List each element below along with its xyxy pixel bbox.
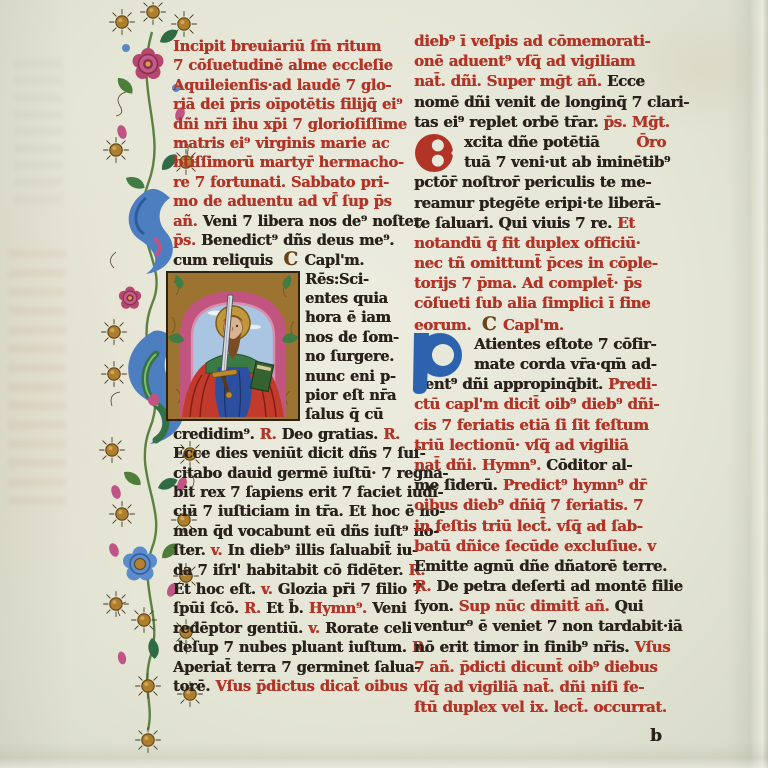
text-segment: entes quia [305,289,388,308]
text-line: te ſaluari. Qui viuis 7 re. Et [414,213,666,233]
text-line: 7 añ. p̄dicti dicunt̄ oib⁹ diebus [414,657,666,677]
text-segment: In dieb⁹ illis ſaluabit̄ iu- [228,541,418,560]
text-line: nos de ſom- [305,328,413,347]
historiated-initial-miniature [166,271,300,421]
text-segment: deſup 7 nubes pluant iuſtum. [173,638,412,657]
text-segment: tuā 7 veni·ut ab iminētib⁹ [464,152,670,172]
text-segment: mate corda vr̄a·qm̄ ad- [474,354,656,374]
text-segment: Atientes eſtote 7 cōfir- [474,334,656,354]
text-segment: Glozia pr̄i 7 filio 7 [278,580,422,599]
text-line: ſyon. Sup nūc dimitt̄ añ. Qui [414,596,666,616]
text-segment: credidim⁹. [173,425,260,444]
text-segment: Aperiat̄ terra 7 germinet ſalua- [173,658,420,677]
text-line: torē. Vſus p̄dictus dicat̄ oibus [173,677,413,696]
text-segment: Veni [372,599,406,618]
text-segment: Aquileienſis·ad laudē 7 glo- [173,76,391,95]
text-segment: R. [244,599,266,618]
text-segment: hora ē iam [305,308,391,327]
text-line: ſpūi ſcō. R. Et b̄. Hymn⁹. Veni [173,599,413,618]
text-segment: nunc eni p- [305,367,395,386]
text-segment: nomē dñi venit de longinq̄ 7 clari- [414,92,689,112]
text-segment: re 7 fortunati. Sabbato pri- [173,173,389,192]
text-segment: 7 añ. p̄dicti dicunt̄ oib⁹ diebus [414,657,657,677]
text-line: ventur⁹ ē veniet 7 non tardabit·iā [414,616,666,636]
text-segment: oibus dieb⁹ dñiq̄ 7 feriatis. 7 [414,495,643,515]
text-line: ſter. v. In dieb⁹ illis ſaluabit̄ iu- [173,541,413,560]
text-segment: cum reliquis [173,251,283,270]
text-line: no ſurgere. [305,347,413,366]
text-line: tas ei⁹ replet orbē tr̄ar. p̄s. Mḡt. [414,112,666,132]
text-line: pctōr̄ noſtror̄ periculis te me- [414,172,666,192]
text-line: añ. Veni 7 libera nos de⁹ noſter. [173,212,413,231]
text-segment: Benedict⁹ dñs deus me⁹. [201,231,394,250]
text-line: triū lectionū· vſq̄ ad vigiliā [414,435,666,455]
text-line: nec tñ omittunt̄ p̄ces in cōple- [414,253,666,273]
text-line: ſtū duplex vel ix. lect̄. occurrat. [414,697,666,717]
text-segment: onē aduent⁹ vſq̄ ad vigiliam [414,51,635,71]
text-line: cum reliquis C Capl'm. [173,250,413,269]
text-segment: in feſtis triū lect̄. vſq̄ ad ſab- [414,516,642,536]
text-segment: ſyon. [414,596,459,616]
text-line: nō erit timor in finib⁹ nr̄is. Vſus [414,637,666,657]
text-segment: ventur⁹ ē veniet 7 non tardabit·iā [414,616,682,636]
text-column-right: dieb⁹ ī veſpis ad cōmemorati-onē aduent⁹… [414,31,666,717]
text-line: me ſiderū. Predict⁹ hymn⁹ dr̄ [414,475,666,495]
text-segment: notandū q̄ fit duplex officiū· [414,233,640,253]
text-segment: nec tñ omittunt̄ p̄ces in cōple- [414,253,658,273]
column-left-lower-text: credidim⁹. R. Deo gratias. R.Ecce dies v… [173,425,413,696]
text-segment: añ. [173,212,203,231]
text-line: hora ē iam [305,308,413,327]
text-segment: Et hoc eſt. [173,580,261,599]
text-segment: nat̄ dñi. Hymn⁹. [414,455,546,475]
text-segment: Emitte agnū dñe dñatorē terre. [414,556,667,576]
text-segment: citabo dauid germē iuſtū· 7 regna- [173,464,448,483]
text-line: men q̄d vocabunt eū dñs iuſt⁹ no- [173,522,413,541]
text-line: Rēs:Sci- [305,270,413,289]
text-line: torijs 7 p̄ma. Ad complet̄· p̄s [414,273,666,293]
text-segment: R. [260,425,282,444]
text-segment: tas ei⁹ replet orbē tr̄ar. [414,112,603,132]
manuscript-page: Incipit breuiariū ſm̄ ritum7 cōſuetudinē… [0,0,768,768]
text-line: nomē dñi venit de longinq̄ 7 clari- [414,92,666,112]
text-segment: Hymn⁹. [309,599,372,618]
text-segment: Vſus p̄dictus dicat̄ oibus [215,677,407,696]
text-line: in feſtis triū lect̄. vſq̄ ad ſab- [414,516,666,536]
text-segment: vſq̄ ad vigiliā nat̄. dñi niſi fe- [414,677,644,697]
text-line: matris ei⁹ virginis marie ac [173,134,413,153]
text-segment: Ōro [636,132,666,152]
text-line: Emitte agnū dñe dñatorē terre. [414,556,666,576]
text-line: onē aduent⁹ vſq̄ ad vigiliam [414,51,666,71]
text-line: nat̄ dñi. Hymn⁹. Cōditor al- [414,455,666,475]
quire-signature: b [650,726,674,746]
text-line: ciū 7 iuſticiam in tr̄a. Et hoc ē no- [173,502,413,521]
text-segment: R. [414,576,436,596]
text-segment: v. [211,541,228,560]
text-line: redēptor gentiū. v. Rorate celi [173,619,413,638]
text-line: credidim⁹. R. Deo gratias. R. [173,425,413,444]
text-line: Et hoc eſt. v. Glozia pr̄i 7 filio 7 [173,580,413,599]
text-segment: p̄s. [173,231,201,250]
text-segment: Vſus [634,637,670,657]
text-segment: pctōr̄ noſtror̄ periculis te me- [414,172,651,192]
text-segment: Veni 7 libera nos de⁹ noſter. [203,212,425,231]
text-segment: nos de ſom- [305,328,399,347]
text-segment: C [283,250,304,269]
text-line: ctū capl'm dicit̄ oib⁹ dieb⁹ dñi- [414,394,666,414]
text-segment: nō erit timor in finib⁹ nr̄is. [414,637,634,657]
text-line: nat̄. dñi. Super mḡt añ. Ecce [414,71,666,91]
text-line: ſalus q̄ cū [305,405,413,424]
text-segment: cōſueti ſub alia ſimplici ī fine [414,293,650,313]
text-line: btiſſimorū martyr̄ hermacho- [173,153,413,172]
text-segment: Predict⁹ hymn⁹ dr̄ [503,475,647,495]
text-column-left: Incipit breuiariū ſm̄ ritum7 cōſuetudinē… [173,37,413,696]
ink-showthrough [14,60,62,210]
text-line: Aperiat̄ terra 7 germinet ſalua- [173,658,413,677]
text-segment: Et b̄. [266,599,309,618]
text-segment: nat̄. dñi. Super mḡt añ. [414,71,607,91]
text-segment: Predi- [608,374,657,394]
text-line: da 7 iſrl' habitabit cō fidēter. R. [173,561,413,580]
text-line: mo de aduentu ad vſ̄ ſup p̄s [173,192,413,211]
text-segment: ciū 7 iuſticiam in tr̄a. Et hoc ē no- [173,502,445,521]
text-line: citabo dauid germē iuſtū· 7 regna- [173,464,413,483]
text-segment: da 7 iſrl' habitabit cō fidēter. [173,561,408,580]
text-segment: me ſiderū. [414,475,503,495]
text-segment: triū lectionū· vſq̄ ad vigiliā [414,435,628,455]
text-segment: batū dñice ſecūde excluſiue. v [414,536,656,556]
text-line: R. De petra deſerti ad montē filie [414,576,666,596]
text-segment: men q̄d vocabunt eū dñs iuſt⁹ no- [173,522,439,541]
text-segment: torijs 7 p̄ma. Ad complet̄· p̄s [414,273,642,293]
text-line: dñi nr̄i ihu xp̄i 7 glorioſiſſime [173,115,413,134]
text-line: Incipit breuiariū ſm̄ ritum [173,37,413,56]
lombard-initial-p [406,330,466,396]
text-line: nunc eni p- [305,367,413,386]
text-segment: C [482,314,503,334]
text-segment: Deo gratias. [282,425,384,444]
text-segment: reamur ptegēte eripi·te liberā- [414,193,660,213]
text-line: pior eſt nr̄a [305,386,413,405]
text-segment: ſtū duplex vel ix. lect̄. occurrat. [414,697,667,717]
text-segment: no ſurgere. [305,347,394,366]
text-segment: Et [617,213,635,233]
text-segment: Cōditor al- [546,455,632,475]
text-segment: R. [383,425,400,444]
text-segment: Incipit breuiariū ſm̄ ritum [173,37,381,56]
text-segment: matris ei⁹ virginis marie ac [173,134,389,153]
text-line: reamur ptegēte eripi·te liberā- [414,193,666,213]
text-line: cis 7 feriatis etiā ſi ſit feſtum [414,415,666,435]
text-segment: ſter. [173,541,211,560]
text-segment: dñi nr̄i ihu xp̄i 7 glorioſiſſime [173,115,407,134]
text-segment: redēptor gentiū. [173,619,308,638]
text-line: re 7 fortunati. Sabbato pri- [173,173,413,192]
lombard-initial-e [412,133,458,173]
text-line: entes quia [305,289,413,308]
text-line: Aquileienſis·ad laudē 7 glo- [173,76,413,95]
text-segment: Rēs:Sci- [305,270,369,289]
text-line: notandū q̄ fit duplex officiū· [414,233,666,253]
text-segment: Ecce dies veniūt dicit dñs 7 ſuſ- [173,444,425,463]
text-segment: Qui [615,596,643,616]
text-line: deſup 7 nubes pluant iuſtum. R. [173,638,413,657]
text-line: bit rex 7 ſapiens erit 7 faciet iudi- [173,483,413,502]
text-segment: torē. [173,677,215,696]
text-line: Ecce dies veniūt dicit dñs 7 ſuſ- [173,444,413,463]
text-line: cōſueti ſub alia ſimplici ī fine [414,293,666,313]
text-segment: btiſſimorū martyr̄ hermacho- [173,153,404,172]
text-segment: cis 7 feriatis etiā ſi ſit feſtum [414,415,649,435]
text-line: p̄s. Benedict⁹ dñs deus me⁹. [173,231,413,250]
text-line: batū dñice ſecūde excluſiue. v [414,536,666,556]
text-segment: ctū capl'm dicit̄ oib⁹ dieb⁹ dñi- [414,394,659,414]
page-edge-right [728,0,768,768]
text-segment: p̄s. Mḡt. [603,112,669,132]
text-line: 7 cōſuetudinē alme eccleſie [173,56,413,75]
text-segment: v. [308,619,325,638]
text-segment: dieb⁹ ī veſpis ad cōmemorati- [414,31,650,51]
text-line: riā dei p̄ris oīpotētis filijq̄ ei⁹ [173,95,413,114]
text-segment: Sup nūc dimitt̄ añ. [459,596,615,616]
text-segment: Ecce [607,71,645,91]
text-segment: Capl'm. [304,251,364,270]
miniature-row: Rēs:Sci-entes quiahora ē iamnos de ſom-n… [173,270,413,425]
text-line: dieb⁹ ī veſpis ad cōmemorati- [414,31,666,51]
text-line: vſq̄ ad vigiliā nat̄. dñi niſi fe- [414,677,666,697]
text-segment: Rorate celi [325,619,412,638]
text-segment: xcita dñe potētiā [464,132,605,152]
gutter-shading [0,0,90,768]
text-segment: pior eſt nr̄a [305,386,396,405]
text-segment: De petra deſerti ad montē filie [436,576,682,596]
text-segment: mo de aduentu ad vſ̄ ſup p̄s [173,192,391,211]
text-line: oibus dieb⁹ dñiq̄ 7 feriatis. 7 [414,495,666,515]
text-beside-miniature: Rēs:Sci-entes quiahora ē iamnos de ſom-n… [305,270,413,425]
text-segment: 7 cōſuetudinē alme eccleſie [173,56,393,75]
text-segment: riā dei p̄ris oīpotētis filijq̄ ei⁹ [173,95,402,114]
column-left-upper-text: Incipit breuiariū ſm̄ ritum7 cōſuetudinē… [173,37,413,270]
text-segment: te ſaluari. Qui viuis 7 re. [414,213,617,233]
text-segment: ſalus q̄ cū [305,405,383,424]
text-segment: Capl'm. [503,315,564,335]
text-segment: v. [261,580,278,599]
text-segment: ſpūi ſcō. [173,599,244,618]
text-segment: bit rex 7 ſapiens erit 7 faciet iudi- [173,483,443,502]
ink-showthrough [8,250,66,510]
